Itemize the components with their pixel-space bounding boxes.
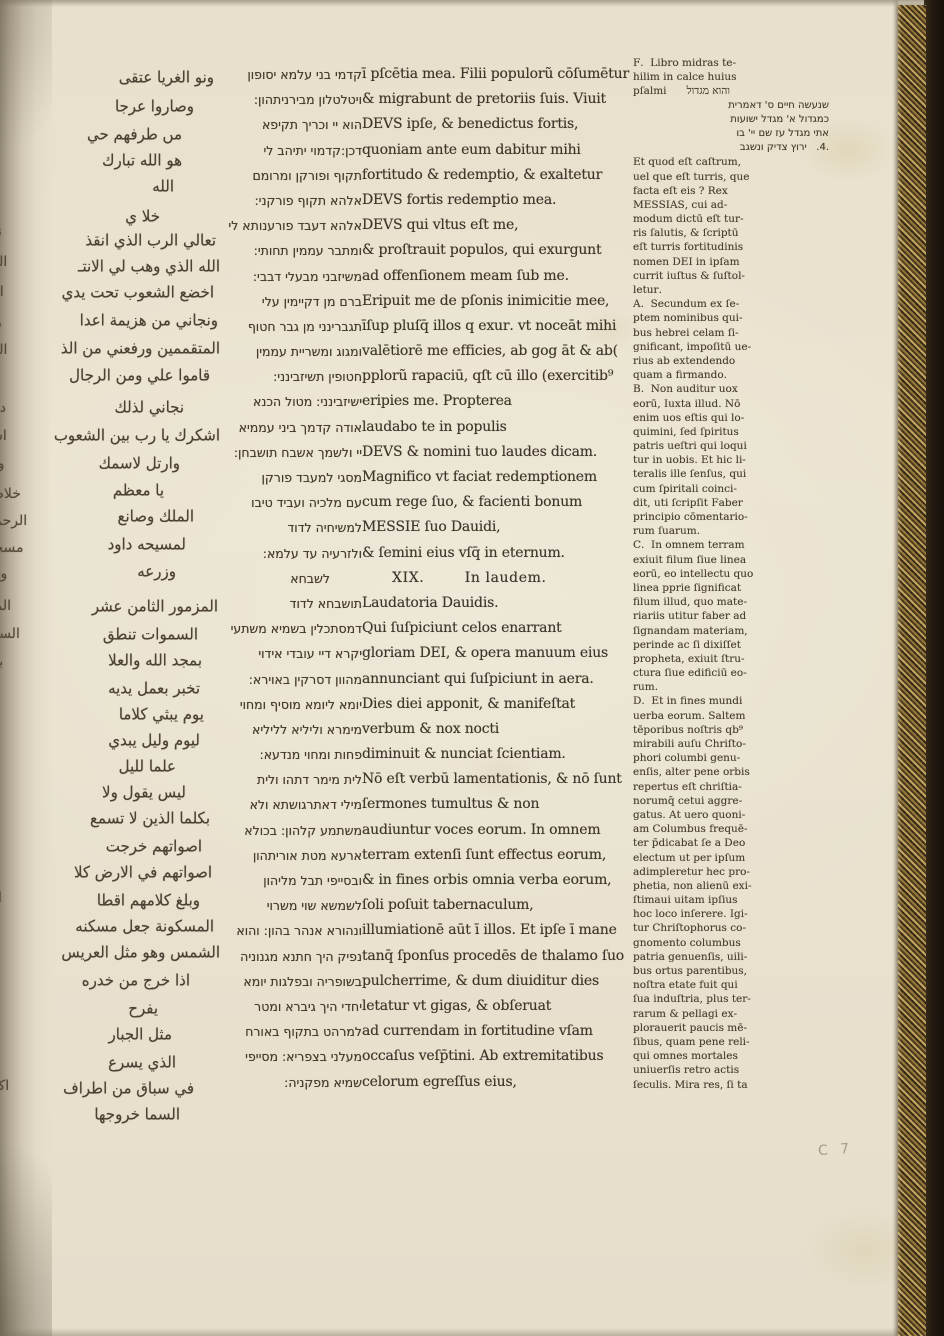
hebrew-line: משתמע קלהון: בכולא <box>224 818 362 843</box>
hebrew-line: ובסייפי תבל מליהון <box>224 868 362 893</box>
gutter-fragment: اخـ <box>0 284 4 300</box>
hebrew-line: ולזרעיה עד עלמא: <box>224 541 362 566</box>
latin-line: pplorũ rapaciū, qſt cū illo (exercitib⁹ <box>362 364 636 389</box>
commentary-line: tur Chriſtophorus co- <box>633 921 829 935</box>
latin-line: Qui ſuſpiciunt celos enarrant <box>362 616 636 641</box>
arabic-line: قاموا علي ومن الرجال <box>69 365 210 384</box>
commentary-line: exiuit filum ſiue linea <box>633 553 829 567</box>
commentary-line: norumq̄ cetui aggre- <box>633 794 829 808</box>
commentary-line: tēporibus noſtris qb⁹ <box>633 723 829 737</box>
arabic-line: ليس يقول ولا <box>102 782 186 801</box>
commentary-line: repertus eſt chriſtia- <box>633 780 829 794</box>
hebrew-targum-column: קדמי בני עלמא יסופוןויטלטלון מבירניתהון:… <box>224 62 362 1095</box>
commentary-line: ſibus, quam pene reli- <box>633 1035 829 1049</box>
gutter-fragment: بمـ <box>0 654 3 670</box>
gutter-fragment: وار <box>0 456 4 472</box>
hebrew-line: ומתבר עממין תחותי: <box>224 238 362 263</box>
hebrew-line: יי ולשמך אשבח תושבחן: <box>224 440 362 465</box>
hebrew-line: יומא ליומא מוסיף ומחוי <box>224 692 362 717</box>
arabic-line: المزمور الثامن عشر <box>92 596 218 615</box>
commentary-line: rarum & pellagi ex- <box>633 1007 829 1021</box>
arabic-line: ليوم وليل يبدي <box>108 730 200 749</box>
arabic-line: مثل الجبار <box>109 1024 172 1043</box>
commentary-line: uerba eorum. Saltem <box>633 709 829 723</box>
commentary-line: linea pprie ſignificat <box>633 581 829 595</box>
latin-line: verbum & nox nocti <box>362 717 636 742</box>
book-page-scan: نعااللهاخـونـالمـقادجـاشـوارخلاصالرحمةمس… <box>0 0 944 1336</box>
commentary-line: ctura ſiue edificiū eo- <box>633 666 829 680</box>
commentary-line: hilim in calce huius <box>633 70 829 84</box>
commentary-line: phori columbi genu- <box>633 751 829 765</box>
latin-line: audiuntur voces eorum. In omnem <box>362 818 636 843</box>
commentary-line: principio cōmentario- <box>633 510 829 524</box>
commentary-line: A. Secundum ex ſe- <box>633 297 829 311</box>
commentary-line: eorū, eo intellectu quo <box>633 567 829 581</box>
commentary-line: hoc loco inſerere. Igi- <box>633 907 829 921</box>
latin-line: & proſtrauit populos, qui exurgunt <box>362 238 636 263</box>
commentary-line: ptem nominibus qui- <box>633 311 829 325</box>
commentary-line: uniuerſis retro actis <box>633 1063 829 1077</box>
hebrew-line: שמיא מפקניה: <box>224 1070 362 1095</box>
hebrew-line: תושבחא לדוד <box>224 591 362 616</box>
gilt-decorated-edge <box>898 5 926 1336</box>
arabic-line: اصواتهم في الارض كلا <box>74 862 212 881</box>
latin-line: ſoli poſuit tabernaculum, <box>362 893 636 918</box>
commentary-line: electum ut per ipſum <box>633 851 829 865</box>
latin-line: XIX. In laudem. <box>362 566 636 591</box>
commentary-line: כמגדול א' מגדל ישועות <box>633 113 829 127</box>
arabic-line: بكلما الذين لا تسمع <box>90 808 210 827</box>
commentary-line: qui omnes mortales <box>633 1049 829 1063</box>
commentary-line: plorauerit paucis mē- <box>633 1021 829 1035</box>
arabic-line: هو الله تبارك <box>102 150 182 169</box>
hebrew-line: למרהט בתקוף באורח <box>224 1019 362 1044</box>
hebrew-line: חטופין תשיזבינני: <box>224 364 362 389</box>
latin-line: DEVS ipſe, & benedictus fortis, <box>362 112 636 137</box>
commentary-line: pſalmi והוא מגדול <box>633 84 829 98</box>
gutter-fragment: اشـ <box>0 428 7 444</box>
hebrew-line: מהוון דסרקין באוירא: <box>224 667 362 692</box>
arabic-line: لمسيحه داود <box>108 534 186 553</box>
arabic-line: اصواتهم خرجت <box>106 836 202 855</box>
hebrew-line: הוא יי וכריך תקיפא <box>224 112 362 137</box>
commentary-line: ſeculis. Mira res, ſi ta <box>633 1078 829 1092</box>
commentary-line: rius ab extendendo <box>633 354 829 368</box>
latin-line: tanq̄ ſponſus procedēs de thalamo ſuo <box>362 944 636 969</box>
gutter-fragment: اقا <box>0 890 2 906</box>
latin-line: MESSIE ſuo Dauidi, <box>362 515 636 540</box>
latin-line: ad currendam in fortitudine vſam <box>362 1019 636 1044</box>
arabic-line: ونجاني من هزيمة اعدا <box>80 310 218 329</box>
arabic-line: الشمس وهو مثل العريس <box>61 942 220 961</box>
hebrew-line: פחות ומחוי מנדעא: <box>224 742 362 767</box>
commentary-line: rum. <box>633 680 829 694</box>
latin-line: ad offenſionem meam ſub me. <box>362 264 636 289</box>
commentary-line: gnificant, impoſitū ue- <box>633 340 829 354</box>
latin-line: ī pſcētia mea. Filii populorũ cōſumētur <box>362 62 636 87</box>
latin-line: laudabo te in populis <box>362 415 636 440</box>
latin-line: terram extenſi ſunt effectus eorum, <box>362 843 636 868</box>
arabic-line: الله <box>152 176 174 195</box>
arabic-line: ونو الغريا عتقى <box>119 67 214 86</box>
hebrew-line: לית מימר דתהו ולית <box>224 767 362 792</box>
commentary-line: letur. <box>633 283 829 297</box>
arabic-line: وبلغ كلامهم اقطا <box>97 890 200 909</box>
arabic-line: السما خروجها <box>94 1104 180 1123</box>
latin-line: Laudatoria Dauidis. <box>362 591 636 616</box>
hebrew-line: מסגי למעבד פורקן <box>224 465 362 490</box>
arabic-line: نجاني لذلك <box>114 397 184 416</box>
latin-line: occaſus veſp̄tini. Ab extremitatibus <box>362 1044 636 1069</box>
commentary-line: ſua induſtria, plus ter- <box>633 992 829 1006</box>
gutter-fragment: الله <box>0 254 7 270</box>
latin-line: eripies me. Propterea <box>362 389 636 414</box>
arabic-line: الذي يسرع <box>108 1052 176 1071</box>
arabic-line: في سباق من اطراف <box>63 1078 194 1097</box>
hebrew-line: ברם מן דקיימין עלי <box>224 289 362 314</box>
commentary-line: MESSIAS, cui ad- <box>633 198 829 212</box>
arabic-line: بمجد الله والعلا <box>108 650 202 669</box>
hebrew-line: לשבחא <box>224 566 362 591</box>
latin-line: DEVS fortis redemptio mea. <box>362 188 636 213</box>
hebrew-line: יחדי היך גיברא ומטר <box>224 994 362 1019</box>
hebrew-line: דכן:קדמוי יתיהב לי <box>224 138 362 163</box>
arabic-line: اخضع الشعوب تحت يدي <box>62 282 214 301</box>
commentary-line: quam a firmando. <box>633 368 829 382</box>
arabic-line: تعالي الرب الذي انقذ <box>85 230 216 249</box>
commentary-line: D. Et in fines mundi <box>633 694 829 708</box>
arabic-line: يفرح <box>128 998 158 1017</box>
latin-line: pulcherrime, & dum diuiditur dies <box>362 969 636 994</box>
hebrew-line: מעלני בצפריא: מסייפי <box>224 1044 362 1069</box>
hebrew-line: ישיזבינני: מטול הכנא <box>224 389 362 414</box>
arabic-line: اشكرك يا رب بين الشعوب <box>54 425 220 444</box>
arabic-marginalia-column: ونو الغريا عتقىوصاروا عرجامں طرفهم حيهو … <box>10 0 220 1336</box>
commentary-line: nomen DEI in ipſam <box>633 255 829 269</box>
latin-line: Eripuit me de pſonis inimicitie mee, <box>362 289 636 314</box>
commentary-line: dit, uti ſcripſit Faber <box>633 496 829 510</box>
gutter-fragment: دجـ <box>0 400 6 416</box>
commentary-line: patris ueſtri qui loqui <box>633 439 829 453</box>
hebrew-line: מילי דאתרגושתא ולא <box>224 792 362 817</box>
hebrew-line: ונהורא אנהר בהון: והוא <box>224 918 362 943</box>
latin-line: & migrabunt de pretoriis ſuis. Viuit <box>362 87 636 112</box>
binding-dark-edge <box>924 0 944 1336</box>
arabic-line: وصاروا عرجا <box>115 96 194 115</box>
gutter-fragment: المـ <box>0 342 7 358</box>
commentary-line: .4. ירוץ צדיק ונשגב <box>633 141 829 155</box>
commentary-line: propheta, exiuit ſtru- <box>633 652 829 666</box>
commentary-line: phetia, non alienū exi- <box>633 879 829 893</box>
hebrew-line: בשופריה ובפלגות יומא <box>224 969 362 994</box>
latin-line: DEVS qui vltus eſt me, <box>362 213 636 238</box>
latin-line: fortitudo & redemptio, & exaltetur <box>362 163 636 188</box>
hebrew-line: תקוף ופורקן ומרומם <box>224 163 362 188</box>
commentary-line: enſis, alter pene orbis <box>633 765 829 779</box>
commentary-line: uel que eſt turris, que <box>633 170 829 184</box>
commentary-line: B. Non auditur uox <box>633 382 829 396</box>
commentary-line: ter p̄dicabat ſe a Deo <box>633 836 829 850</box>
gutter-fragment: اكرا <box>0 1078 9 1094</box>
latin-line: diminuit & nunciat ſcientiam. <box>362 742 636 767</box>
commentary-line: riariis utitur faber ad <box>633 609 829 623</box>
hebrew-line: מימרא וליליא לליליא <box>224 717 362 742</box>
arabic-line: وزرعه <box>137 561 176 580</box>
arabic-line: يوم يبثي كلاما <box>119 704 204 723</box>
commentary-line: noſtra etate fuit qui <box>633 978 829 992</box>
commentary-line: filum illud, quo mate- <box>633 595 829 609</box>
commentary-line: teralis ille ſenſus, qui <box>633 467 829 481</box>
latin-line: valētiorē me efficies, ab gog āt & ab( <box>362 339 636 364</box>
commentary-line: quimini, ſed ſpiritus <box>633 425 829 439</box>
latin-line: ſermones tumultus & non <box>362 792 636 817</box>
latin-line: DEVS & nomini tuo laudes dicam. <box>362 440 636 465</box>
arabic-line: المتقممين ورفعني من الذ <box>61 338 220 357</box>
gutter-fragment: وزر <box>0 566 7 582</box>
arabic-line: الله الذي وهب لي الانتـ <box>78 256 220 275</box>
hebrew-line: קדמי בני עלמא יסופון <box>224 62 362 87</box>
arabic-line: خلا ي <box>125 206 160 225</box>
commentary-line: אתי מגדל עז שם יי' בו <box>633 127 829 141</box>
hebrew-line: אלהא תקוף פורקני: <box>224 188 362 213</box>
latin-line: gloriam DEI, & opera manuum eius <box>362 641 636 666</box>
commentary-line: gatus. At uero quoni- <box>633 808 829 822</box>
arabic-line: السموات تنطق <box>103 624 198 643</box>
latin-line: celorum egreſſus eius, <box>362 1070 636 1095</box>
latin-translation-column: ī pſcētia mea. Filii populorũ cōſumētur&… <box>362 62 636 1095</box>
commentary-line: gnomento columbus <box>633 936 829 950</box>
commentary-line: tur in uobis. Et hic li- <box>633 453 829 467</box>
commentary-line: adimpleretur hec pro- <box>633 865 829 879</box>
arabic-line: تخبر بعمل يديه <box>108 678 200 697</box>
hebrew-line: משיזבני מבעלי דבבי: <box>224 264 362 289</box>
commentary-line: facta eſt eis ? Rex <box>633 184 829 198</box>
hebrew-line: ארעא מטת אוריתהון <box>224 843 362 868</box>
commentary-line: Et quod eſt caſtrum, <box>633 155 829 169</box>
arabic-line: الملك وصانع <box>118 506 195 525</box>
commentary-line: mirabili auſu Chriſto- <box>633 737 829 751</box>
hebrew-line: אודה קדמך ביני עממיא <box>224 415 362 440</box>
commentary-line: bus ortus parentibus, <box>633 964 829 978</box>
arabic-line: علما لليل <box>119 756 176 775</box>
commentary-line: modum dictū eſt tur- <box>633 212 829 226</box>
latin-line: letatur vt gigas, & obſeruat <box>362 994 636 1019</box>
latin-line: & in fines orbis omnia verba eorum, <box>362 868 636 893</box>
commentary-column: F. Libro midras te-hilim in calce huiusp… <box>633 56 829 1092</box>
commentary-line: patria genuenſis, uili- <box>633 950 829 964</box>
gutter-fragment: ونـ <box>0 314 2 330</box>
commentary-line: cum ſpiritali coinci- <box>633 482 829 496</box>
hebrew-line: יקרא דיי עובדי אידוי <box>224 641 362 666</box>
commentary-line: ris ſalutis, & ſcriptū <box>633 226 829 240</box>
commentary-line: ſignandam materiam, <box>633 624 829 638</box>
hebrew-line: לשמשא שוי משרוי <box>224 893 362 918</box>
arabic-line: اذا خرج من خدره <box>82 970 190 989</box>
arabic-line: المسكونة جعل مسكنه <box>75 916 214 935</box>
latin-line: cum rege ſuo, & facienti bonum <box>362 490 636 515</box>
latin-line: Magnifico vt faciat redemptionem <box>362 465 636 490</box>
arabic-line: وارتل لاسمك <box>99 453 180 472</box>
latin-line: illumiationē aūt ī illos. Et ipſe ī mane <box>362 918 636 943</box>
commentary-line: eſt turris fortitudinis <box>633 240 829 254</box>
latin-line: annunciant qui ſuſpiciunt in aera. <box>362 667 636 692</box>
commentary-line: C. In omnem terram <box>633 538 829 552</box>
latin-line: Nō eſt verbū lamentationis, & nō ſunt <box>362 767 636 792</box>
commentary-line: currit iuſtus & ſuſtol- <box>633 269 829 283</box>
commentary-line: bus hebrei celam ſi- <box>633 326 829 340</box>
hebrew-line: אלהא דעבד פורענותא לי <box>224 213 362 238</box>
commentary-line: am Columbus frequē- <box>633 822 829 836</box>
hebrew-line: דמסתכלין בשמיא משתעי <box>224 616 362 641</box>
latin-line: quoniam ante eum dabitur mihi <box>362 138 636 163</box>
commentary-line: F. Libro midras te- <box>633 56 829 70</box>
commentary-line: rum ſuarum. <box>633 524 829 538</box>
hebrew-line: תגברינני מן גבר חטוף <box>224 314 362 339</box>
latin-line: & ſemini eius vſq̄ in eternum. <box>362 541 636 566</box>
arabic-line: مں طرفهم حي <box>87 124 182 143</box>
arabic-line: يا معظم <box>113 480 164 499</box>
commentary-line: שנעשה חיים ס' דאמרית <box>633 99 829 113</box>
latin-line: Dies diei apponit, & manifeſtat <box>362 692 636 717</box>
gutter-fragment: نعا <box>0 224 2 240</box>
hebrew-line: ומגוג ומשריית עממין <box>224 339 362 364</box>
commentary-line: enim uos eſtis qui lo- <box>633 411 829 425</box>
latin-line: īſup pluſq̄ illos q exur. vt noceāt mihi <box>362 314 636 339</box>
hebrew-line: נפיק היך חתנא מגנוניה <box>224 944 362 969</box>
pencil-signature-mark: C 7 <box>817 1141 853 1159</box>
commentary-line: ſtimaui uitam ipſius <box>633 893 829 907</box>
hebrew-line: ויטלטלון מבירניתהון: <box>224 87 362 112</box>
commentary-line: eorū, Iuxta illud. Nō <box>633 397 829 411</box>
commentary-line: perinde ac ſi dixiſſet <box>633 638 829 652</box>
hebrew-line: עם מלכיה ועביד טיבו <box>224 490 362 515</box>
hebrew-line: למשיחיה לדוד <box>224 515 362 540</box>
